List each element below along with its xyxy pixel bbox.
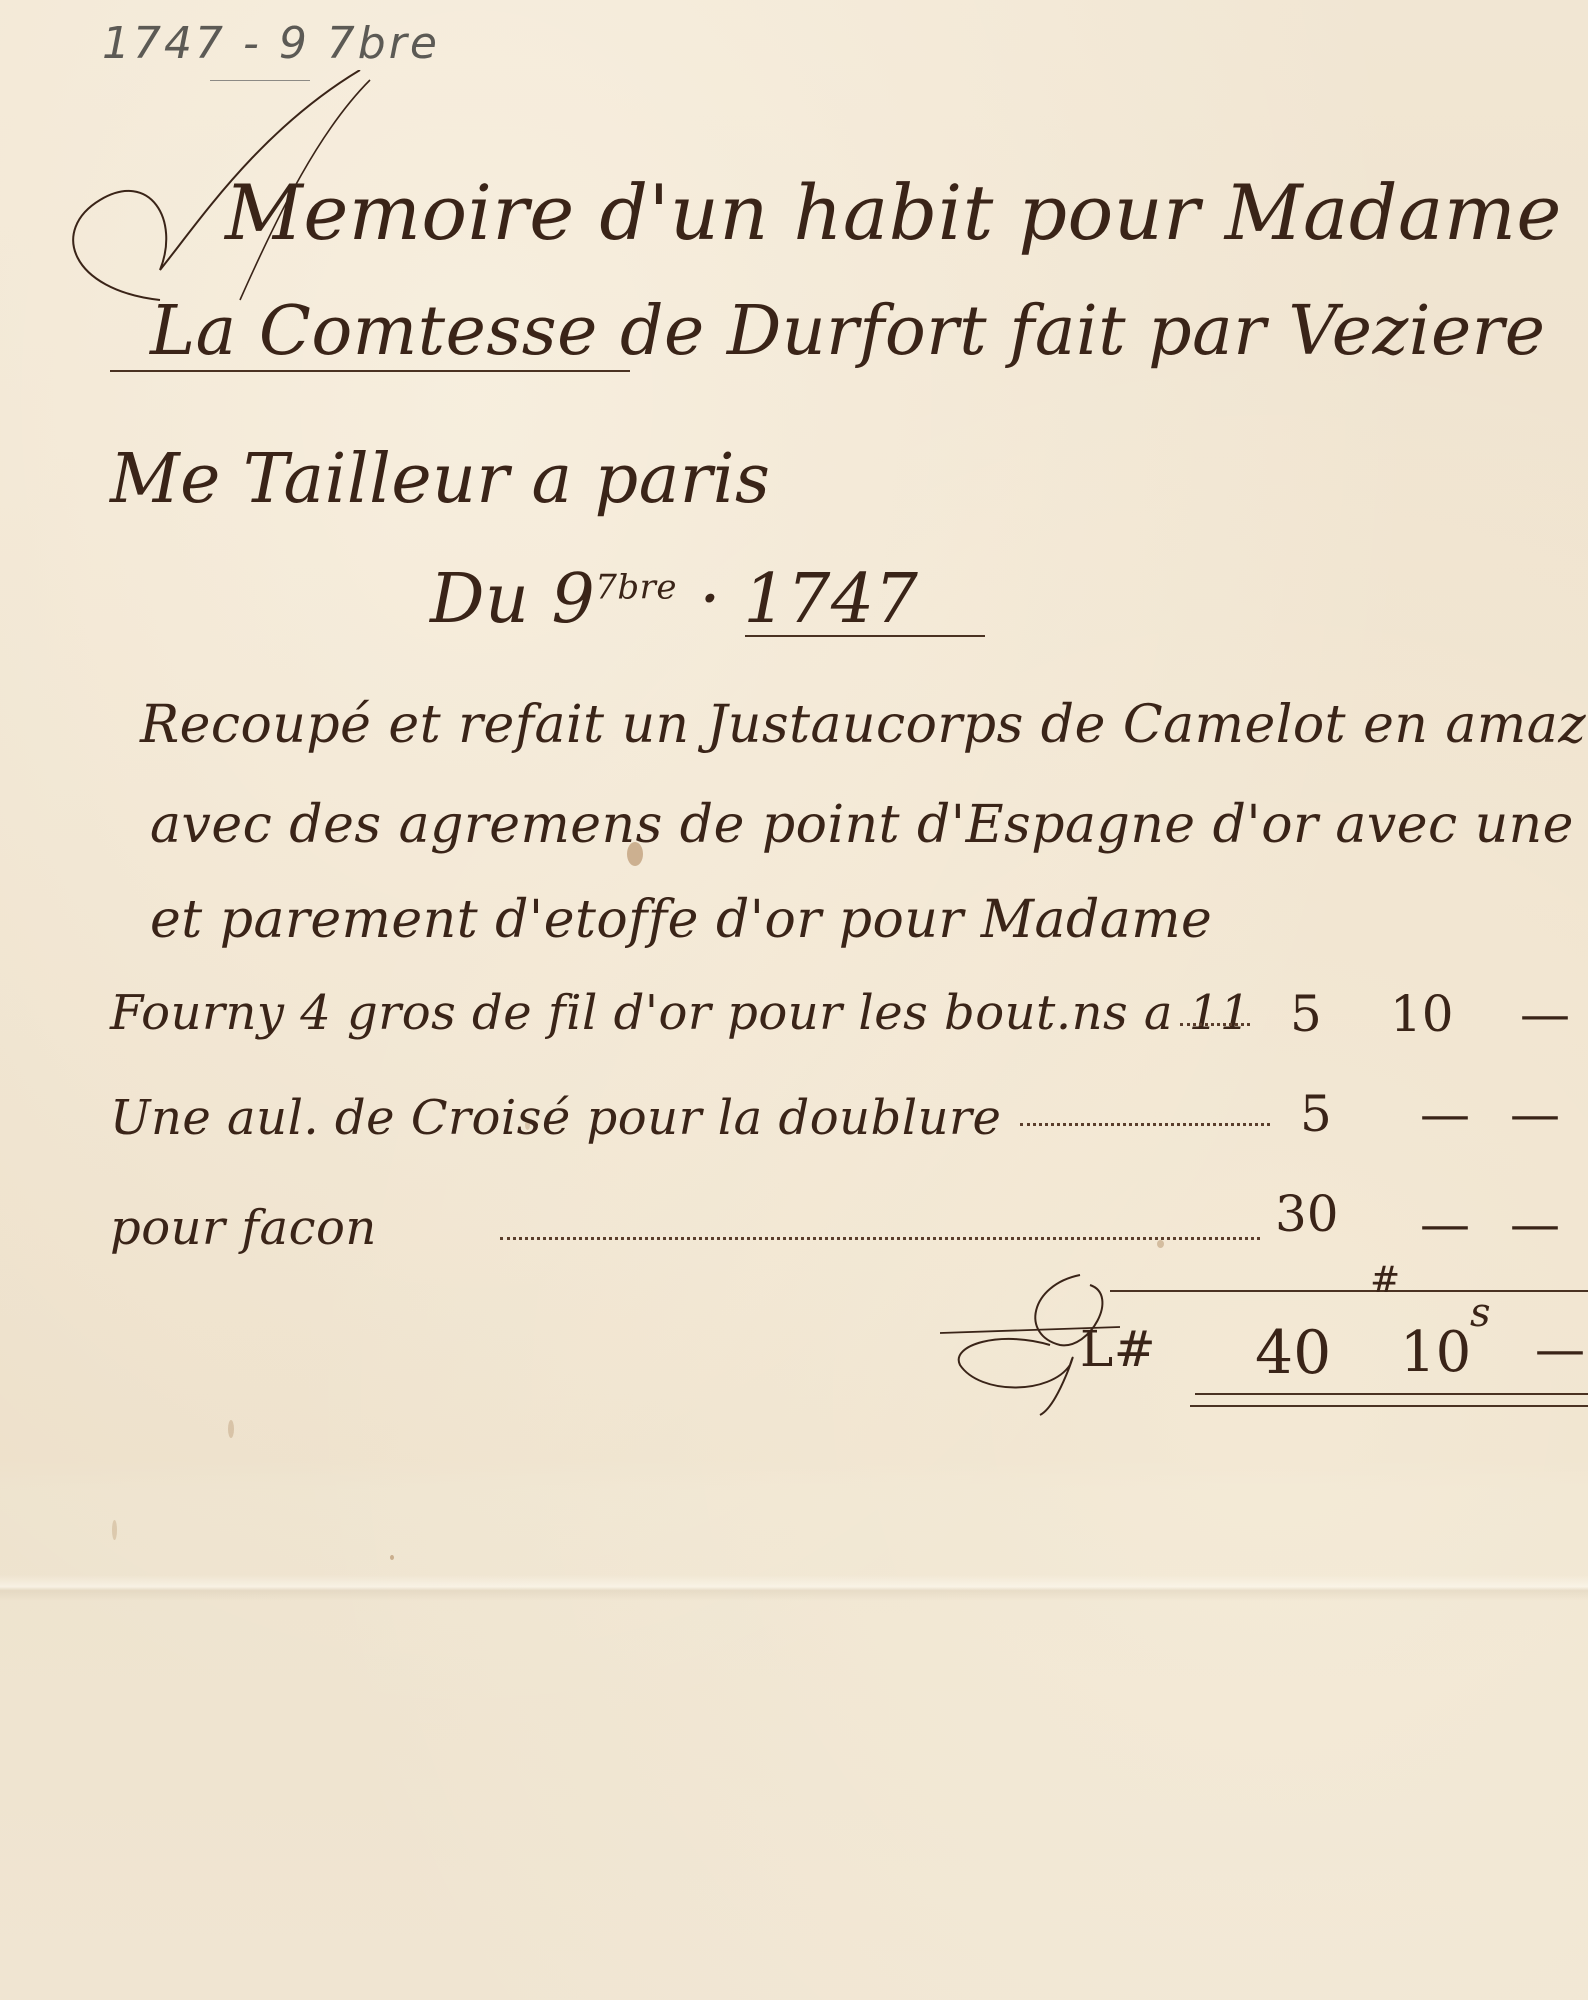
line-item-2-text: Une aul. de Croisé pour la doublure	[110, 1090, 1001, 1146]
date-day: 9	[551, 560, 595, 639]
total-double-rule-2	[1190, 1405, 1588, 1407]
archive-pencil-note: 1747 - 9 7bre	[102, 18, 440, 69]
date-prefix: Du	[430, 560, 529, 639]
paper-fold-crease	[0, 1575, 1588, 1601]
description-line-1: Recoupé et refait un Justaucorps de Came…	[140, 695, 1588, 755]
line-item-3-text: pour facon	[110, 1200, 377, 1256]
date-underline	[745, 635, 985, 637]
line-item-3-deniers: —	[1510, 1195, 1560, 1253]
line-item-3-livres: 30	[1275, 1185, 1339, 1243]
date-month: 7bre	[595, 567, 677, 607]
paper-speck	[390, 1555, 394, 1560]
total-livres-unit: #	[1370, 1260, 1400, 1301]
line-item-1-leader	[1180, 1023, 1250, 1026]
paper-speck	[112, 1520, 117, 1540]
total-sols-unit: s	[1470, 1290, 1491, 1336]
line-item-1-deniers: —	[1520, 985, 1570, 1043]
line-item-3-sols: —	[1420, 1195, 1470, 1253]
total-sols: 10	[1400, 1320, 1471, 1385]
title-line-2-underline	[110, 370, 630, 372]
line-item-1-text: Fourny 4 gros de fil d'or pour les bout.…	[110, 985, 1251, 1041]
paper-speck	[1157, 1240, 1164, 1248]
date-line: Du 97bre · 1747	[430, 560, 918, 639]
line-item-1-sols: 10	[1390, 985, 1454, 1043]
date-year: 1747	[743, 560, 918, 639]
line-item-2-leader	[1020, 1123, 1270, 1126]
title-line-3: Me Tailleur a paris	[110, 440, 770, 519]
total-livres: 40	[1255, 1318, 1331, 1388]
paper-speck	[228, 1420, 234, 1438]
line-item-1-livres: 5	[1290, 985, 1322, 1043]
line-item-3-leader	[500, 1237, 1260, 1240]
total-double-rule-1	[1195, 1393, 1588, 1395]
line-item-2-livres: 5	[1300, 1085, 1332, 1143]
total-top-rule	[1110, 1290, 1588, 1292]
title-line-1: Memoire d'un habit pour Madame	[225, 168, 1562, 257]
description-line-2: avec des agremens de point d'Espagne d'o…	[150, 795, 1588, 855]
title-line-2: La Comtesse de Durfort fait par Veziere	[150, 292, 1546, 371]
description-line-3: et parement d'etoffe d'or pour Madame	[150, 890, 1212, 950]
line-item-2-deniers: —	[1510, 1085, 1560, 1143]
total-deniers: —	[1535, 1320, 1585, 1378]
archive-note-underline	[210, 80, 310, 81]
line-item-2-sols: —	[1420, 1085, 1470, 1143]
total-prefix: L#	[1080, 1320, 1156, 1378]
